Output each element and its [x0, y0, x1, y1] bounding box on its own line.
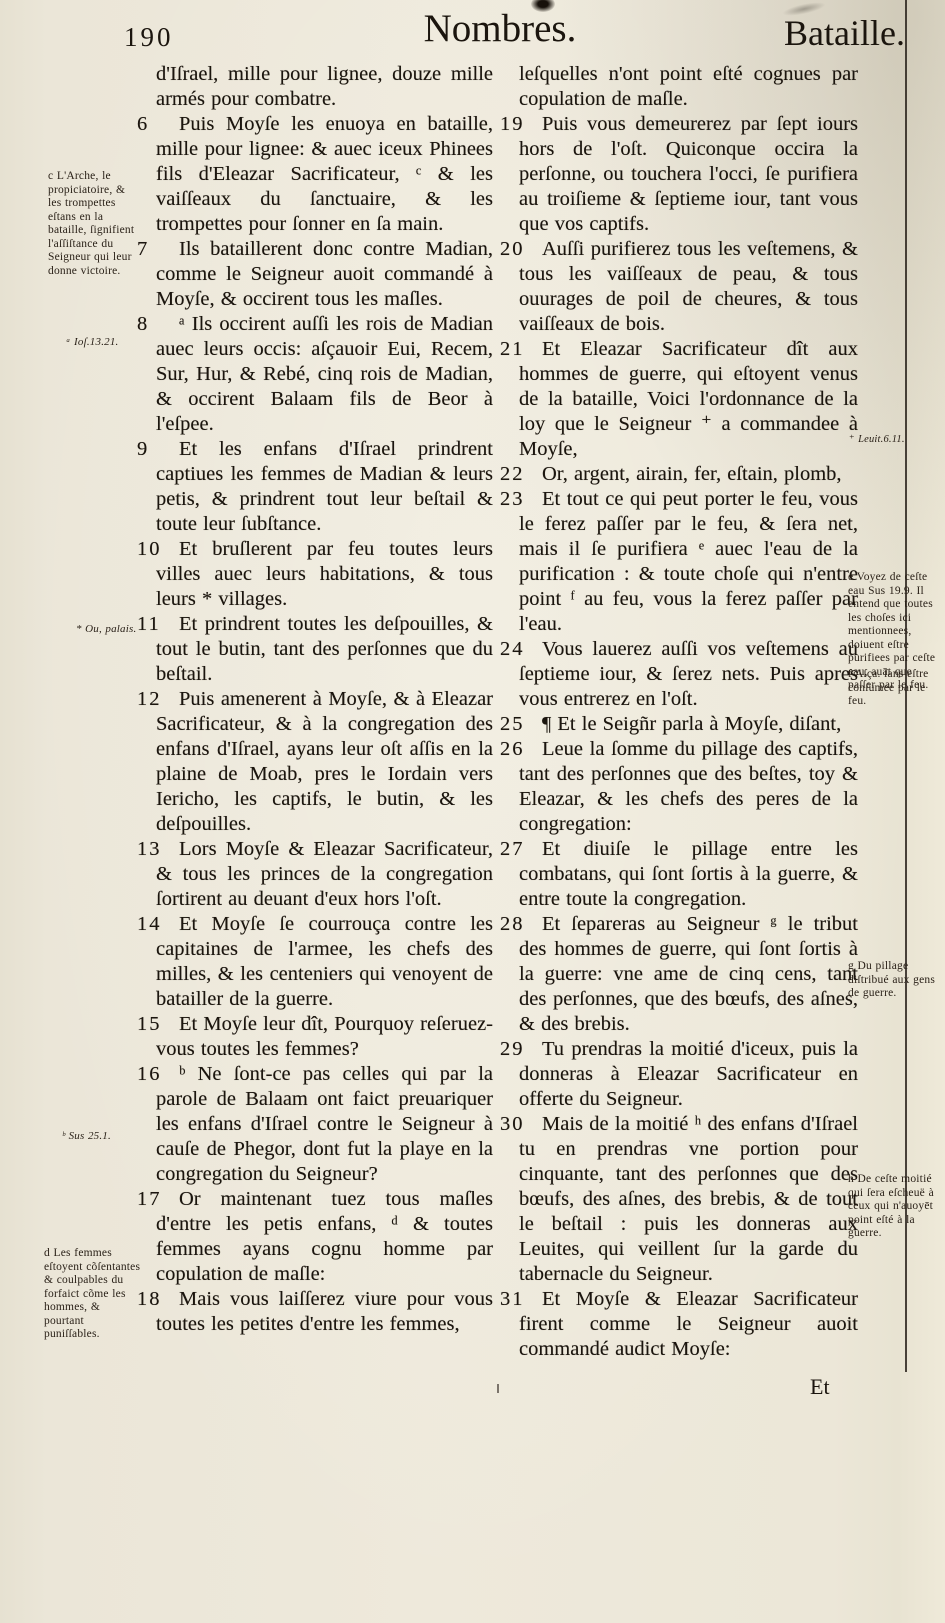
verse-number: 16 — [137, 1062, 164, 1087]
verse-number: 12 — [137, 687, 164, 712]
margin-note-b-reference: ᵇ Sus 25.1. — [62, 1130, 111, 1144]
verse-number: 9 — [137, 437, 164, 462]
verse-number: 31 — [500, 1287, 527, 1312]
margin-note-d: d Les femmes eſtoyent cõſentantes & coul… — [44, 1247, 141, 1342]
verse-paragraph: 30Mais de la moitié ʰ des enfans d'Iſrae… — [500, 1112, 858, 1287]
verse-text: Et Moyſe ſe courrouça contre les capitai… — [156, 913, 493, 1010]
verse-text: ¶ Et le Seigñr parla à Moyſe, diſant, — [542, 713, 841, 735]
verse-paragraph: 13Lors Moyſe & Eleazar Sacrificateur, & … — [137, 837, 493, 912]
verse-text: Puis Moyſe les enuoya en bataille, mille… — [156, 113, 493, 235]
verse-paragraph: 7Ils bataillerent donc contre Madian, co… — [137, 237, 493, 312]
verse-text: Lors Moyſe & Eleazar Sacrificateur, & to… — [156, 838, 493, 910]
verse-text: Mais vous laiſſerez viure pour vous tout… — [156, 1288, 493, 1335]
verse-number: 25 — [500, 712, 527, 737]
verse-paragraph: 22Or, argent, airain, fer, eſtain, plomb… — [500, 462, 858, 487]
verse-number: 6 — [137, 112, 164, 137]
verse-paragraph: 21Et Eleazar Sacrificateur dît aux homme… — [500, 337, 858, 462]
verse-number: 28 — [500, 912, 527, 937]
verse-number: 19 — [500, 112, 527, 137]
verse-number: 23 — [500, 487, 527, 512]
text-column-right: leſquelles n'ont point eſté cognues par … — [500, 62, 858, 1362]
verse-paragraph: 9Et les enfans d'Iſrael prindrent captiu… — [137, 437, 493, 537]
verse-number: 21 — [500, 337, 527, 362]
verse-paragraph: 24Vous lauerez auſſi vos veſtemens au ſe… — [500, 637, 858, 712]
page-number: 190 — [124, 22, 174, 53]
verse-text: Et bruſlerent par feu toutes leurs ville… — [156, 538, 493, 610]
margin-note-asterisk: * Ou, palais. — [76, 623, 136, 637]
verse-text: Et Moyſe & Eleazar Sacrificateur firent … — [519, 1288, 858, 1360]
verse-number: 10 — [137, 537, 164, 562]
verse-text: d'Iſrael, mille pour lignee, douze mille… — [156, 63, 493, 110]
verse-number: 26 — [500, 737, 527, 762]
verse-text: Or maintenant tuez tous maſles d'entre l… — [156, 1188, 493, 1285]
verse-text: Ils bataillerent donc contre Madian, com… — [156, 238, 493, 310]
verse-number: 14 — [137, 912, 164, 937]
verse-paragraph: 18Mais vous laiſſerez viure pour vous to… — [137, 1287, 493, 1337]
verse-text: leſquelles n'ont point eſté cognues par … — [519, 63, 858, 110]
verse-number: 15 — [137, 1012, 164, 1037]
catchword: Et — [810, 1374, 830, 1400]
verse-paragraph: 8ᵃ Ils occirent auſſi les rois de Madian… — [137, 312, 493, 437]
verse-number: 18 — [137, 1287, 164, 1312]
verse-text: Et diuiſe le pillage entre les combatans… — [519, 838, 858, 910]
margin-note-leuit-reference: ⁺ Leuit.6.11. — [849, 433, 905, 447]
margin-note-f: f Aſça. ſans eſtre conſumee par le feu. — [848, 668, 941, 709]
verse-number: 13 — [137, 837, 164, 862]
verse-paragraph: 12Puis amenerent à Moyſe, & à Eleazar Sa… — [137, 687, 493, 837]
margin-note-a-reference: ᵃ Ioſ.13.21. — [66, 336, 119, 350]
verse-paragraph: 20Auſſi purifierez tous les veſtemens, &… — [500, 237, 858, 337]
verse-number: 17 — [137, 1187, 164, 1212]
verse-paragraph: 10Et bruſlerent par feu toutes leurs vil… — [137, 537, 493, 612]
verse-paragraph: 19Puis vous demeurerez par ſept iours ho… — [500, 112, 858, 237]
verse-text: ᵃ Ils occirent auſſi les rois de Madian … — [156, 313, 493, 435]
verse-number: 20 — [500, 237, 527, 262]
margin-note-c: c L'Arche, le propiciatoire, & les tromp… — [48, 170, 142, 278]
verse-paragraph: 28Et ſepareras au Seigneur ᵍ le tribut d… — [500, 912, 858, 1037]
verse-text: Leue la ſomme du pillage des captifs, ta… — [519, 738, 858, 835]
verse-paragraph: 27Et diuiſe le pillage entre les combata… — [500, 837, 858, 912]
verse-paragraph: 26Leue la ſomme du pillage des captifs, … — [500, 737, 858, 837]
verse-paragraph: d'Iſrael, mille pour lignee, douze mille… — [137, 62, 493, 112]
running-head: Bataille. — [784, 12, 905, 54]
verse-text: Or, argent, airain, fer, eſtain, plomb, — [542, 463, 842, 485]
verse-paragraph: 11Et prindrent toutes les deſpouilles, &… — [137, 612, 493, 687]
verse-text: Et Eleazar Sacrificateur dît aux hommes … — [519, 338, 858, 460]
book-page: 190 Nombres. Bataille. d'Iſrael, mille p… — [0, 0, 945, 1623]
verse-number: 24 — [500, 637, 527, 662]
verse-paragraph: 14Et Moyſe ſe courrouça contre les capit… — [137, 912, 493, 1012]
verse-text: Tu prendras la moitié d'iceux, puis la d… — [519, 1038, 858, 1110]
verse-text: Auſſi purifierez tous les veſtemens, & t… — [519, 238, 858, 335]
verse-paragraph: 29Tu prendras la moitié d'iceux, puis la… — [500, 1037, 858, 1112]
verse-paragraph: leſquelles n'ont point eſté cognues par … — [500, 62, 858, 112]
verse-paragraph: 23Et tout ce qui peut porter le feu, vou… — [500, 487, 858, 637]
verse-text: Puis amenerent à Moyſe, & à Eleazar Sacr… — [156, 688, 493, 835]
bottom-mark — [497, 1384, 499, 1393]
text-column-left: d'Iſrael, mille pour lignee, douze mille… — [137, 62, 493, 1337]
verse-number: 22 — [500, 462, 527, 487]
verse-number: 29 — [500, 1037, 527, 1062]
verse-number: 8 — [137, 312, 164, 337]
verse-paragraph: 15Et Moyſe leur dît, Pourquoy reſeruez-v… — [137, 1012, 493, 1062]
verse-text: Et tout ce qui peut porter le feu, vous … — [519, 488, 858, 635]
verse-number: 27 — [500, 837, 527, 862]
verse-paragraph: 31Et Moyſe & Eleazar Sacrificateur firen… — [500, 1287, 858, 1362]
verse-text: Puis vous demeurerez par ſept iours hors… — [519, 113, 858, 235]
verse-text: ᵇ Ne ſont-ce pas celles qui par la parol… — [156, 1063, 493, 1185]
verse-text: Mais de la moitié ʰ des enfans d'Iſrael … — [519, 1113, 858, 1285]
verse-paragraph: 16ᵇ Ne ſont-ce pas celles qui par la par… — [137, 1062, 493, 1187]
verse-text: Et Moyſe leur dît, Pourquoy reſeruez-vou… — [156, 1013, 493, 1060]
verse-number: 30 — [500, 1112, 527, 1137]
verse-text: Et ſepareras au Seigneur ᵍ le tribut des… — [519, 913, 858, 1035]
verse-text: Et prindrent toutes les deſpouilles, & t… — [156, 613, 493, 685]
verse-text: Vous lauerez auſſi vos veſtemens au ſept… — [519, 638, 858, 710]
book-title: Nombres. — [355, 6, 645, 51]
verse-paragraph: 25¶ Et le Seigñr parla à Moyſe, diſant, — [500, 712, 858, 737]
verse-paragraph: 6Puis Moyſe les enuoya en bataille, mill… — [137, 112, 493, 237]
margin-note-h: h De ceſte moitié qui ſera eſcheuë à ceu… — [848, 1173, 941, 1241]
verse-paragraph: 17Or maintenant tuez tous maſles d'entre… — [137, 1187, 493, 1287]
verse-text: Et les enfans d'Iſrael prindrent captiue… — [156, 438, 493, 535]
margin-note-g: g Du pillage diſtribué aux gens de guerr… — [848, 960, 941, 1001]
verse-number: 11 — [137, 612, 164, 637]
